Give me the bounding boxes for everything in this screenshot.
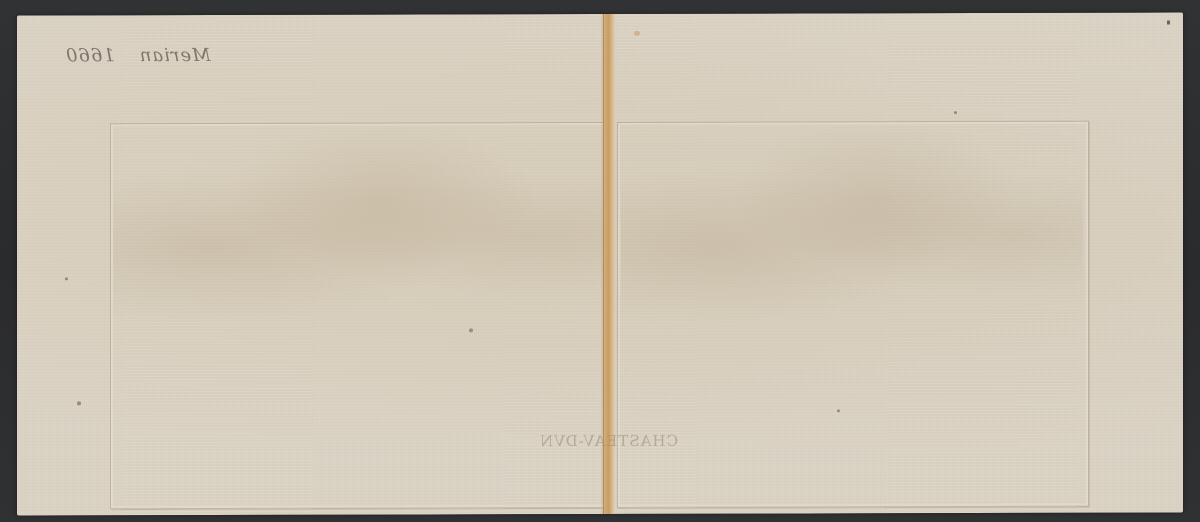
reversed-title-text: CHASTEAV-DVN	[539, 432, 678, 450]
foxing-spot	[469, 328, 473, 332]
foxing-spot	[837, 409, 840, 412]
inscription-name: Merian	[139, 45, 211, 66]
foxing-spot	[65, 277, 68, 280]
edge-mark	[1167, 21, 1170, 25]
foxing-spot	[77, 401, 81, 405]
plate-mark-left	[110, 122, 608, 509]
inscription-year: 1660	[65, 45, 115, 66]
foxing-spot	[954, 111, 957, 114]
pencil-inscription: Merian1660	[65, 45, 211, 66]
plate-mark-right	[617, 121, 1089, 508]
paper-sheet: Merian1660 CHASTEAV-DVN	[17, 12, 1183, 515]
foxing-spot	[634, 31, 640, 36]
